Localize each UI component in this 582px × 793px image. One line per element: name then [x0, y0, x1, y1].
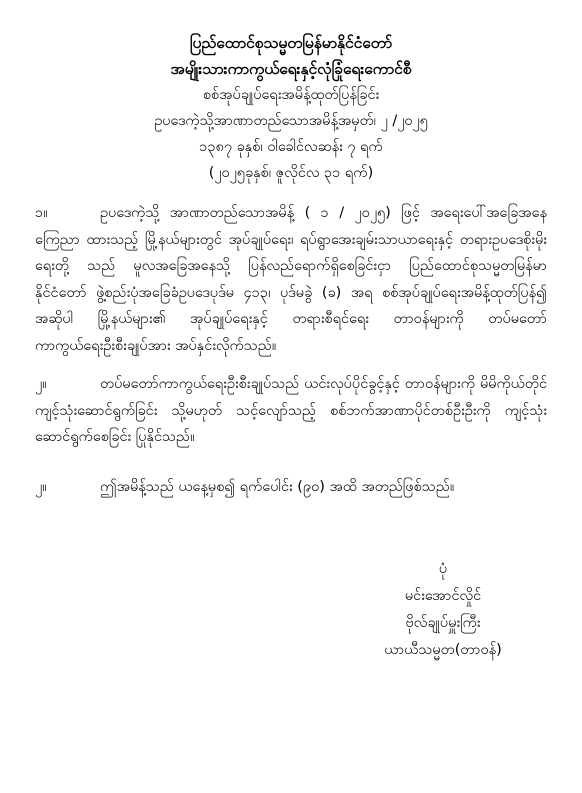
- paragraph-2-text: တပ်မတော်ကာကွယ်ရေးဦးစီးချုပ်သည် ယင်းလုပ်ပ…: [35, 376, 547, 445]
- paragraph-1-number: ၁။: [35, 200, 100, 227]
- myanmar-date-line: ၁၃၈၇ ခုနှစ်၊ ဝါခေါင်လဆန်း ၇ ရက်: [35, 134, 547, 160]
- signatory-position: ယာယီသမ္မတ(တာဝန်): [331, 637, 555, 664]
- order-subject: စစ်အုပ်ချုပ်ရေးအမိန့်ထုတ်ပြန်ခြင်း: [35, 82, 547, 108]
- order-number-line: ဥပဒေကဲ့သို့အာဏာတည်သောအမိန့်အမှတ်၊ ၂ /၂၀၂…: [35, 108, 547, 134]
- council-title: အမျိုးသားကာကွယ်ရေးနှင့်လုံခြုံရေးကောင်စီ: [35, 56, 547, 82]
- paragraph-3-number: ၂။: [35, 474, 100, 501]
- document-body: ၁။ဥပဒေကဲ့သို့ အာဏာတည်သောအမိန့် ( ၁ / ၂၀၂…: [35, 200, 547, 500]
- signatory-name: မင်းအောင်လှိုင်: [331, 583, 555, 610]
- gregorian-date-line: (၂၀၂၅ခုနှစ်၊ ဇူလိုင်လ ၃၁ ရက်): [35, 160, 547, 186]
- state-title: ပြည်ထောင်စုသမ္မတမြန်မာနိုင်ငံတော်: [35, 30, 547, 56]
- paragraph-1-text: ဥပဒေကဲ့သို့ အာဏာတည်သောအမိန့် ( ၁ / ၂၀၂၅)…: [35, 205, 547, 354]
- paragraph-2: ၂။တပ်မတော်ကာကွယ်ရေးဦးစီးချုပ်သည် ယင်းလုပ…: [35, 371, 547, 451]
- paragraph-3: ၂။ဤအမိန့်သည် ယနေ့မှစ၍ ရက်ပေါင်း (၉၀) အထိ…: [35, 474, 547, 501]
- document-page: ပြည်ထောင်စုသမ္မတမြန်မာနိုင်ငံတော် အမျိုး…: [0, 0, 582, 793]
- paragraph-2-number: ၂။: [35, 371, 100, 398]
- signature-block: ပုံ မင်းအောင်လှိုင် ဗိုလ်ချုပ်မှူးကြီး ယ…: [331, 556, 555, 664]
- paragraph-1: ၁။ဥပဒေကဲ့သို့ အာဏာတည်သောအမိန့် ( ၁ / ၂၀၂…: [35, 200, 547, 359]
- paragraph-3-text: ဤအမိန့်သည် ယနေ့မှစ၍ ရက်ပေါင်း (၉၀) အထိ အ…: [100, 479, 454, 495]
- document-header: ပြည်ထောင်စုသမ္မတမြန်မာနိုင်ငံတော် အမျိုး…: [35, 30, 547, 186]
- seal-mark: ပုံ: [331, 556, 555, 583]
- signatory-rank: ဗိုလ်ချုပ်မှူးကြီး: [331, 610, 555, 637]
